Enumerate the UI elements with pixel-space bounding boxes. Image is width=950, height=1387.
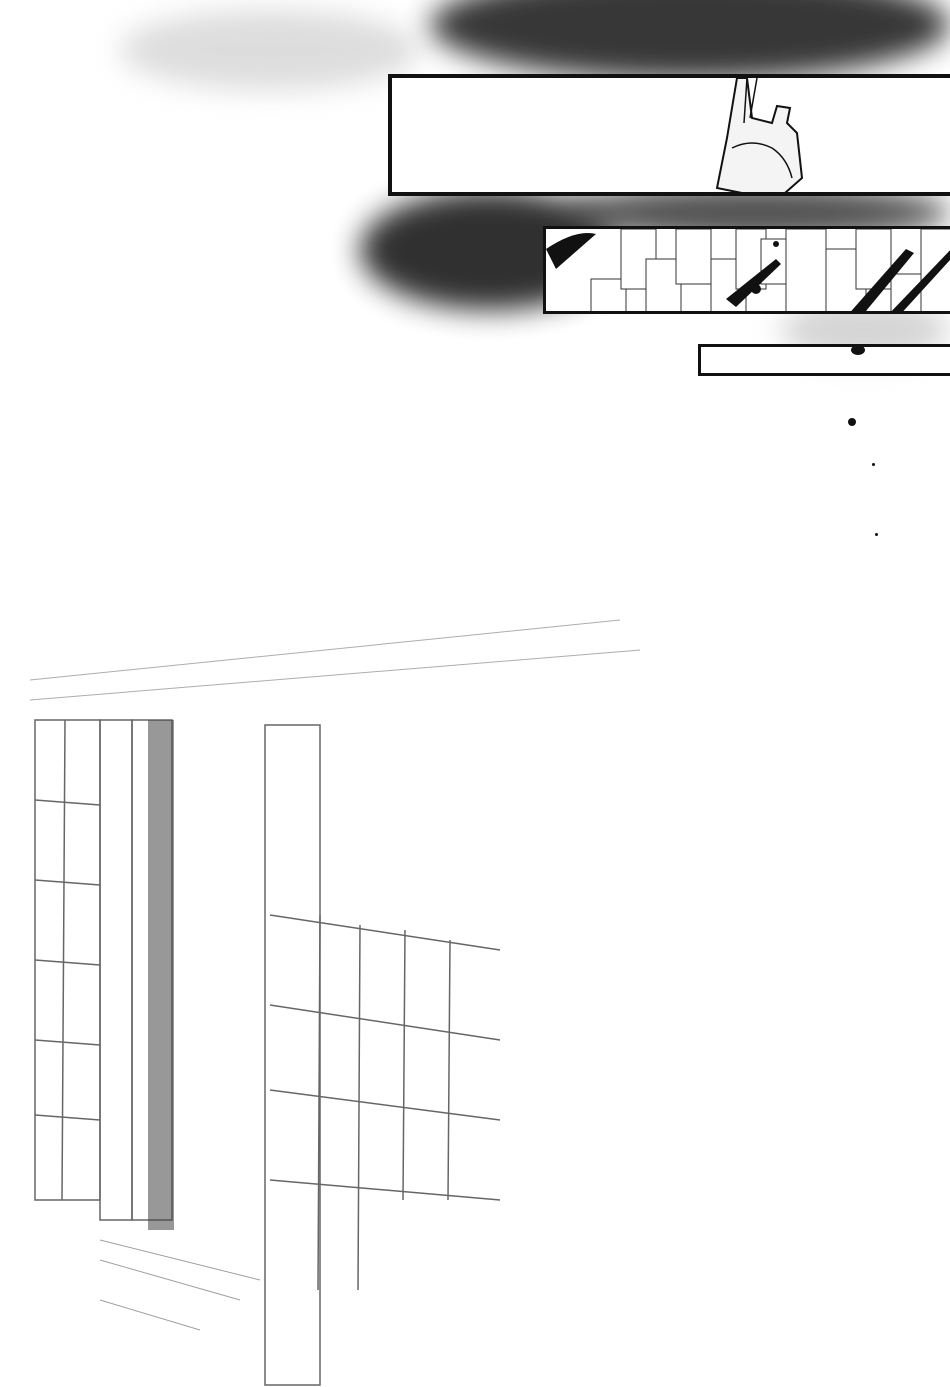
- shoji-doors-illustration: [0, 0, 950, 1387]
- manga-page: [0, 0, 950, 1387]
- doorway-shadow: [148, 720, 174, 1230]
